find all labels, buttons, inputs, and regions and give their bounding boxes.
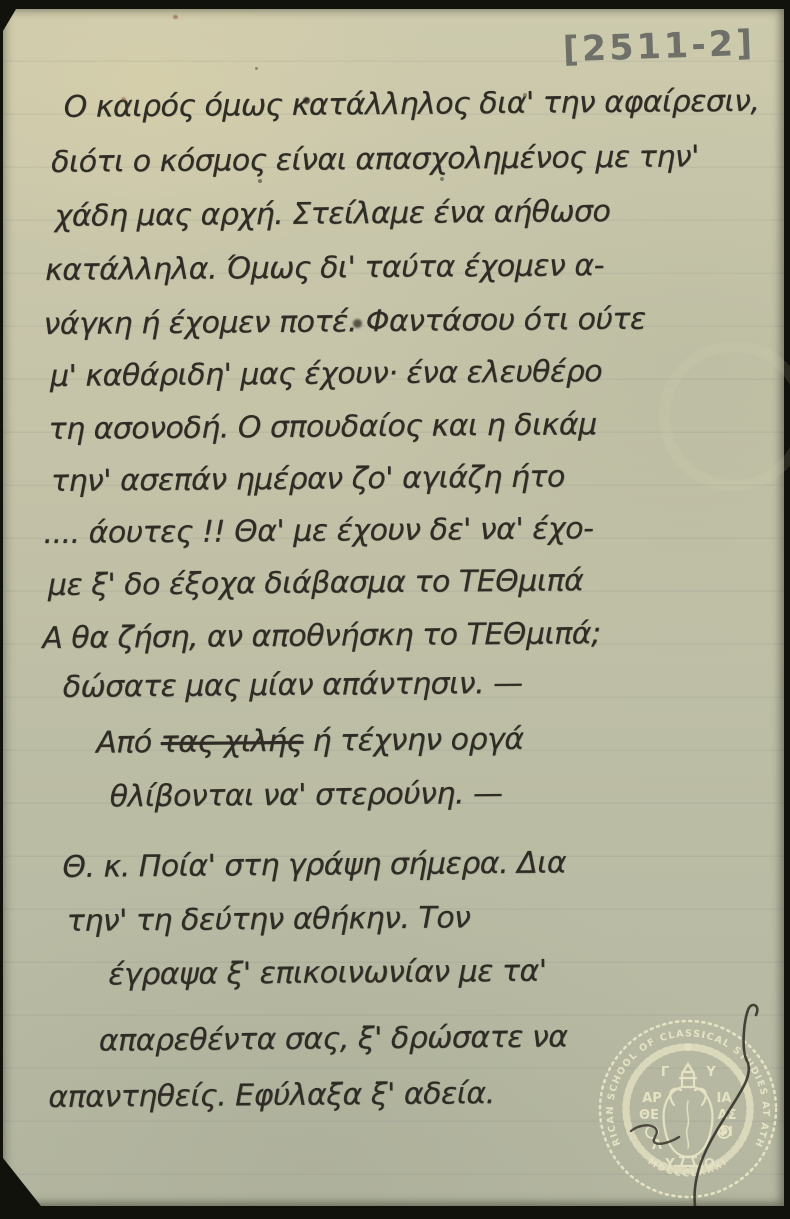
letter-line: Ο καιρός όμως κατάλληλος δια' την αφαίρε… — [63, 84, 759, 125]
letter-line: .... άουτες !! Θα' με έχουν δε' να' έχο- — [43, 511, 593, 551]
letter-line: δώσατε μας μίαν απάντησιν. — — [63, 666, 523, 705]
letter-line: την' τη δεύτην αθήκην. Τον — [67, 900, 471, 939]
letter-line: διότι ο κόσμος είναι απασχολημένος με τη… — [51, 139, 699, 180]
letter-line: την' ασεπάν ημέραν ζο' αγιάζη ήτο — [51, 460, 565, 499]
letter-line: έγραψα ξ' επικοινωνίαν με τα' — [108, 954, 547, 993]
letter-line: νάγκη ή έχομεν ποτέ. Φαντάσου ότι ούτε — [43, 302, 645, 342]
letter-line: με ξ' δο έξοχα διάβασμα το ΤΕΘμιπά — [48, 563, 584, 603]
paper-sheet: AMERICAN SCHOOL OF CLASSICAL STUDIES AT … — [3, 9, 784, 1206]
letter-line: Θ. κ. Ποία' στη γράψη σήμερα. Δια — [62, 846, 566, 885]
letter-line: μ' καθάριδη' μας έχουν· ένα ελευθέρο — [50, 354, 602, 394]
letter-line: Από τας χιλής ή τέχνην οργά — [96, 722, 524, 761]
letter-line: απαρεθέντα σας, ξ' δρώσατε να — [99, 1019, 568, 1058]
letter-line: Α θα ζήση, αν αποθνήσκη το ΤΕΘμιπά; — [42, 616, 601, 656]
archive-number: [2511-2] — [558, 24, 759, 71]
letter-line: θλίβονται να' στερούνη. — — [109, 776, 502, 814]
letter-line: χάδη μας αρχή. Στείλαμε ένα αήθωσο — [54, 194, 610, 234]
scanned-letter-page: AMERICAN SCHOOL OF CLASSICAL STUDIES AT … — [0, 0, 790, 1219]
letter-line: τη ασονοδή. Ο σπουδαίος και η δικάμ — [48, 407, 597, 447]
letter-line: κατάλληλα. Όμως δι' ταύτα έχομεν α- — [45, 248, 604, 288]
letter-body: Ο καιρός όμως κατάλληλος δια' την αφαίρε… — [0, 6, 789, 1210]
letter-line: απαντηθείς. Εφύλαξα ξ' αδεία. — [48, 1076, 495, 1115]
